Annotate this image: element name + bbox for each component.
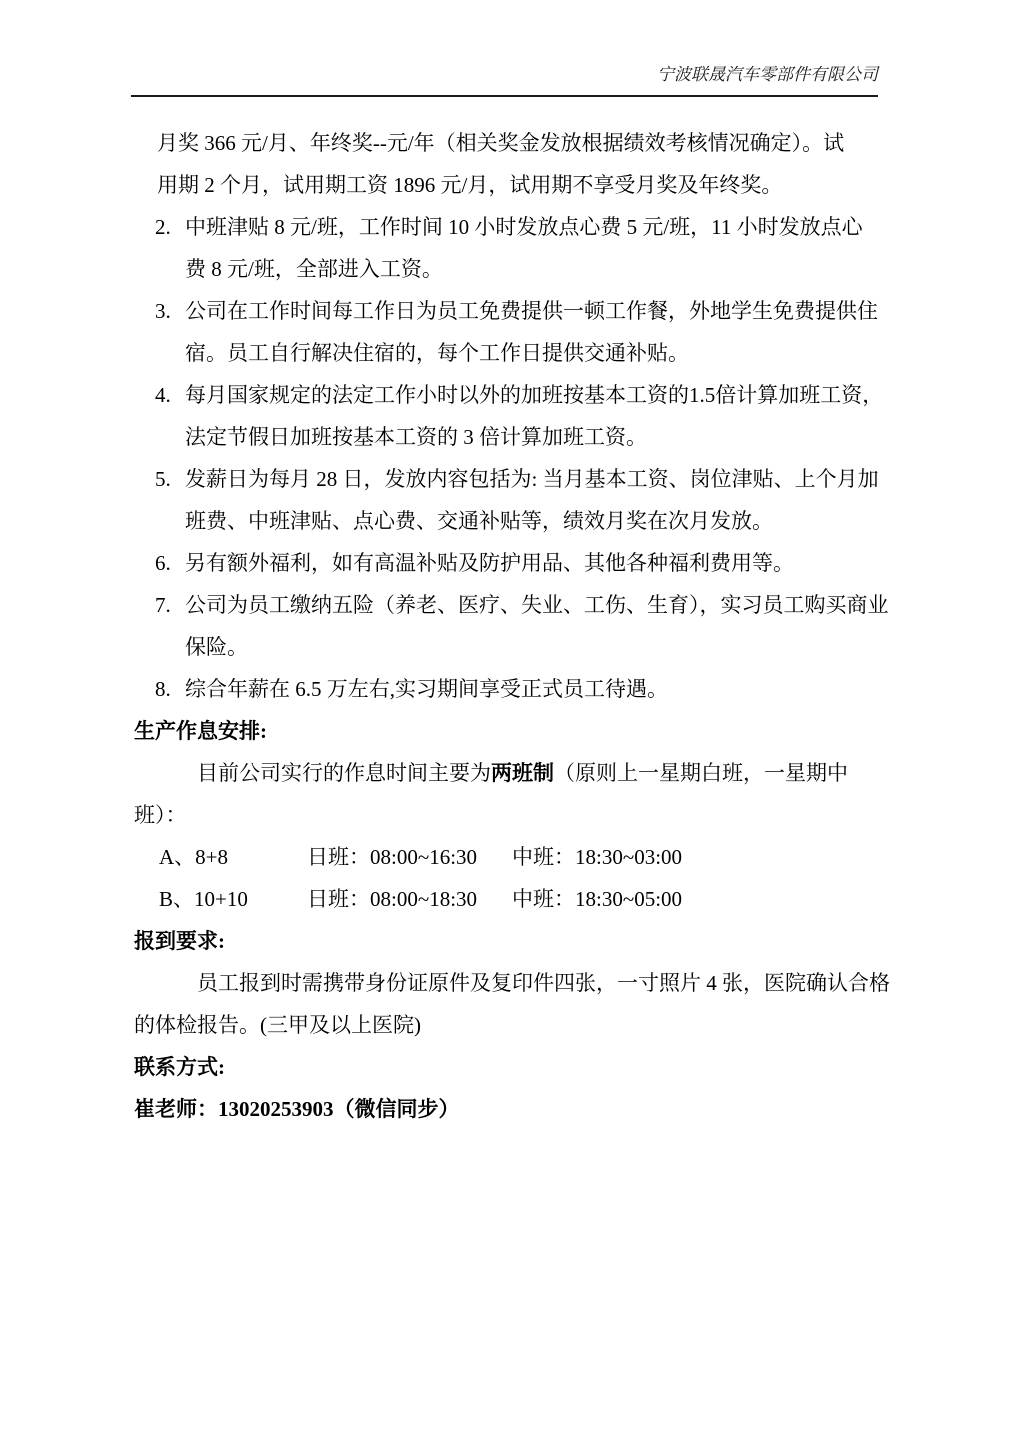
section-heading-contact: 联系方式: [134, 1046, 883, 1088]
list-item-continuation: 宿。员工自行解决住宿的，每个工作日提供交通补贴。 [134, 332, 883, 374]
list-item: 5.发薪日为每月 28 日，发放内容包括为: 当月基本工资、岗位津贴、上个月加 [134, 458, 883, 500]
list-item-number: 6. [155, 542, 171, 584]
header-rule [131, 95, 878, 97]
schedule-intro-line: 班）： [134, 794, 883, 836]
list-item-number: 8. [155, 668, 171, 710]
list-item: 2.中班津贴 8 元/班，工作时间 10 小时发放点心费 5 元/班，11 小时… [134, 206, 883, 248]
list-item-text: 法定节假日加班按基本工资的 3 倍计算加班工资。 [185, 425, 647, 449]
schedule-intro-bold: 两班制 [491, 761, 554, 785]
list-item: 7.公司为员工缴纳五险（养老、医疗、失业、工伤、生育），实习员工购买商业 [134, 584, 883, 626]
list-item: 8.综合年薪在 6.5 万左右,实习期间享受正式员工待遇。 [134, 668, 883, 710]
contact-phone-line: 崔老师：13020253903（微信同步） [134, 1088, 883, 1130]
schedule-intro-line: 目前公司实行的作息时间主要为两班制（原则上一星期白班，一星期中 [197, 752, 883, 794]
list-item-text: 另有额外福利，如有高温补贴及防护用品、其他各种福利费用等。 [185, 551, 794, 575]
list-item-number: 5. [155, 458, 171, 500]
list-item: 3.公司在工作时间每工作日为员工免费提供一顿工作餐，外地学生免费提供住 [134, 290, 883, 332]
list-item-text: 班费、中班津贴、点心费、交通补贴等，绩效月奖在次月发放。 [185, 509, 773, 533]
section-heading-schedule: 生产作息安排: [134, 710, 883, 752]
page-header-company: 宁波联晟汽车零部件有限公司 [131, 62, 878, 88]
list-item-text: 费 8 元/班，全部进入工资。 [185, 257, 443, 281]
day-shift-time: 日班：08:00~16:30 [307, 836, 512, 878]
list-item-number: 3. [155, 290, 171, 332]
list-item-continuation: 班费、中班津贴、点心费、交通补贴等，绩效月奖在次月发放。 [134, 500, 883, 542]
list-item-continuation: 法定节假日加班按基本工资的 3 倍计算加班工资。 [134, 416, 883, 458]
schedule-row-b: B、10+10 日班：08:00~18:30 中班：18:30~05:00 [134, 878, 883, 920]
mid-shift-time: 中班：18:30~05:00 [512, 878, 682, 920]
document-body: 月奖 366 元/月、年终奖--元/年（相关奖金发放根据绩效考核情况确定）。试 … [134, 122, 883, 1130]
shift-plan-label: B、10+10 [159, 878, 307, 920]
schedule-row-a: A、8+8 日班：08:00~16:30 中班：18:30~03:00 [134, 836, 883, 878]
schedule-intro-pre: 目前公司实行的作息时间主要为 [197, 761, 491, 785]
list-item-continuation: 保险。 [134, 626, 883, 668]
list-item-number: 4. [155, 374, 171, 416]
list-item-continuation: 费 8 元/班，全部进入工资。 [134, 248, 883, 290]
list-item-text: 保险。 [185, 635, 248, 659]
list-item: 4.每月国家规定的法定工作小时以外的加班按基本工资的1.5倍计算加班工资， [134, 374, 883, 416]
list-item-text: 每月国家规定的法定工作小时以外的加班按基本工资的1.5倍计算加班工资， [185, 383, 883, 407]
list-item-text: 中班津贴 8 元/班，工作时间 10 小时发放点心费 5 元/班，11 小时发放… [185, 215, 863, 239]
list-item-text: 公司在工作时间每工作日为员工免费提供一顿工作餐，外地学生免费提供住 [185, 299, 878, 323]
section-heading-report: 报到要求: [134, 920, 883, 962]
report-line: 的体检报告。(三甲及以上医院) [134, 1004, 883, 1046]
schedule-intro-post: （原则上一星期白班，一星期中 [554, 761, 848, 785]
report-line: 员工报到时需携带身份证原件及复印件四张，一寸照片 4 张，医院确认合格 [197, 962, 883, 1004]
list-item: 6.另有额外福利，如有高温补贴及防护用品、其他各种福利费用等。 [134, 542, 883, 584]
shift-plan-label: A、8+8 [159, 836, 307, 878]
list-item-text: 发薪日为每月 28 日，发放内容包括为: 当月基本工资、岗位津贴、上个月加 [185, 467, 879, 491]
list-item-text: 宿。员工自行解决住宿的，每个工作日提供交通补贴。 [185, 341, 689, 365]
document-page: 宁波联晟汽车零部件有限公司 月奖 366 元/月、年终奖--元/年（相关奖金发放… [0, 0, 1024, 1448]
list-item-number: 2. [155, 206, 171, 248]
list-item-text: 公司为员工缴纳五险（养老、医疗、失业、工伤、生育），实习员工购买商业 [185, 593, 889, 617]
mid-shift-time: 中班：18:30~03:00 [512, 836, 682, 878]
list-item-number: 7. [155, 584, 171, 626]
list-item-text: 综合年薪在 6.5 万左右,实习期间享受正式员工待遇。 [185, 677, 668, 701]
item1-line: 用期 2 个月，试用期工资 1896 元/月，试用期不享受月奖及年终奖。 [157, 164, 883, 206]
item1-line: 月奖 366 元/月、年终奖--元/年（相关奖金发放根据绩效考核情况确定）。试 [157, 122, 883, 164]
day-shift-time: 日班：08:00~18:30 [307, 878, 512, 920]
